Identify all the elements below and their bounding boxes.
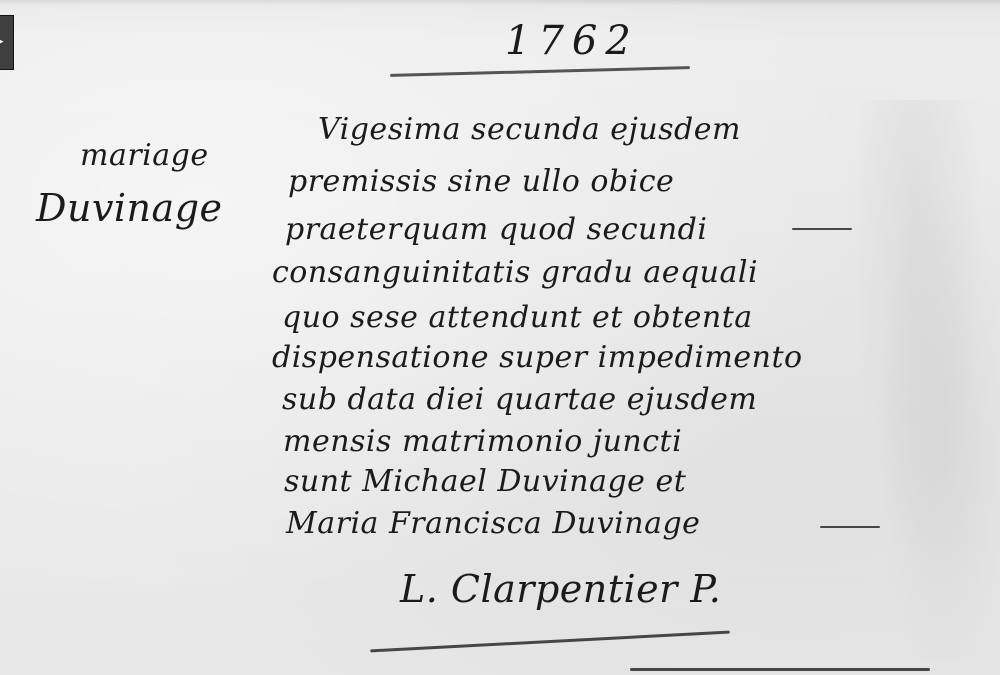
body-line-4: consanguinitatis gradu aequali — [272, 255, 758, 290]
arrow-right-icon: ▸ — [0, 38, 4, 47]
priest-signature: L. Clarpentier P. — [400, 567, 721, 611]
body-line-5: quo sese attendunt et obtenta — [282, 300, 753, 335]
body-line-2: premissis sine ullo obice — [288, 164, 674, 199]
body-line-6: dispensatione super impedimento — [272, 340, 803, 375]
record-year: 1762 — [505, 18, 639, 64]
line-filler-rule — [820, 526, 880, 528]
year-underline — [390, 66, 690, 77]
document-scan: ▸ 1762 mariage Duvinage Vigesima secunda… — [0, 0, 1000, 675]
margin-note-surname: Duvinage — [36, 186, 223, 230]
body-line-3: praeterquam quod secundi — [285, 212, 707, 247]
body-line-1: Vigesima secunda ejusdem — [318, 112, 741, 147]
body-line-7: sub data diei quartae ejusdem — [282, 382, 757, 417]
viewer-nav-button[interactable]: ▸ — [0, 15, 14, 70]
line-filler-rule — [792, 228, 852, 230]
page-bottom-rule — [630, 668, 930, 671]
signature-underline — [370, 631, 730, 653]
body-line-8: mensis matrimonio juncti — [283, 424, 682, 459]
body-line-9: sunt Michael Duvinage et — [284, 464, 686, 499]
bleed-through-texture — [860, 100, 1000, 660]
margin-note-type: mariage — [80, 138, 209, 173]
body-line-10: Maria Francisca Duvinage — [286, 506, 700, 541]
